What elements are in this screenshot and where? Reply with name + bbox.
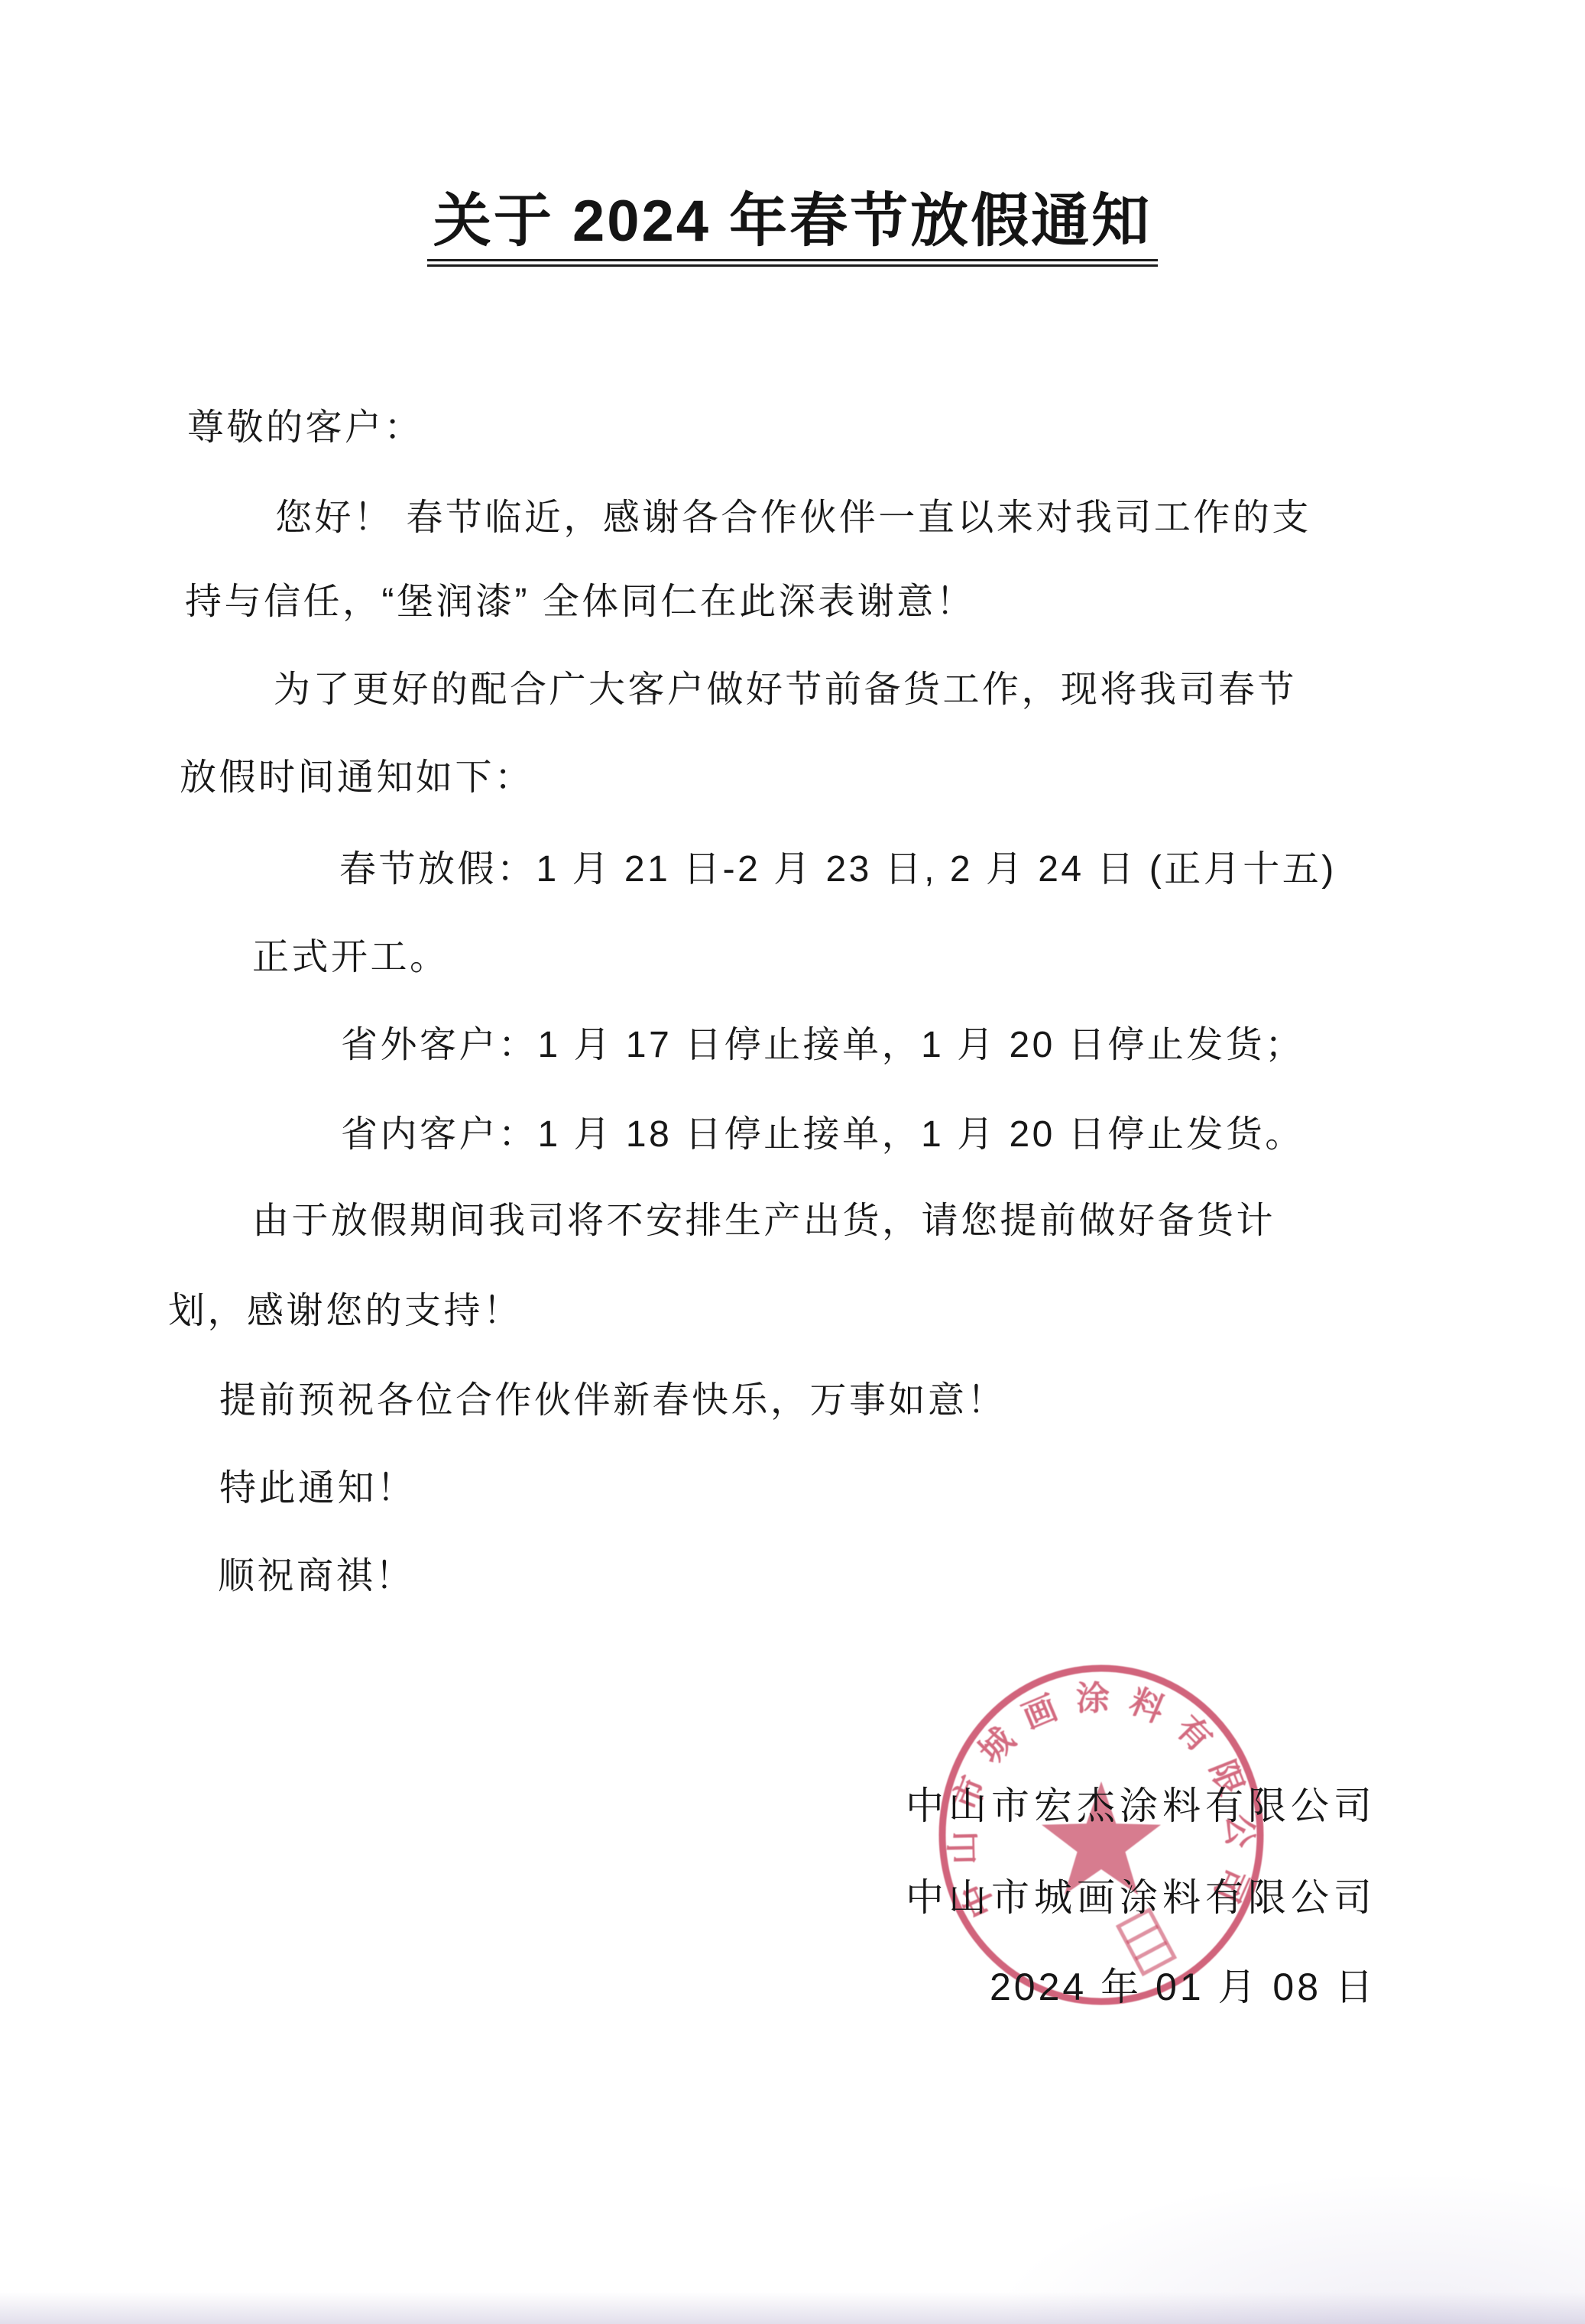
body-line-stock-advice-1: 由于放假期间我司将不安排生产出货，请您提前做好备货计 — [252, 1200, 1275, 1242]
body-line-salutation: 尊敬的客户： — [187, 407, 423, 449]
signature-company-2: 中山市城画涂料有限公司 — [906, 1876, 1376, 1920]
body-line-outside-province: 省外客户：1 月 17 日停止接单，1 月 20 日停止发货； — [341, 1024, 1305, 1066]
signature-company-1: 中山市宏杰涂料有限公司 — [906, 1784, 1376, 1829]
body-line-work-resume: 正式开工。 — [252, 936, 449, 978]
signature-date: 2024 年 01 月 08 日 — [990, 1966, 1376, 2010]
company-seal: 中山市城画涂料有限公司 — [929, 1655, 1274, 2015]
body-line-stock-advice-2: 划，感谢您的支持！ — [168, 1290, 523, 1332]
body-line-inside-province: 省内客户：1 月 18 日停止接单，1 月 20 日停止发货。 — [341, 1113, 1305, 1156]
title-row: 关于 2024 年春节放假通知 — [0, 191, 1585, 267]
body-line-greeting: 您好！ 春节临近，感谢各合作伙伴一直以来对我司工作的支 — [275, 497, 1311, 539]
body-line-holiday-dates: 春节放假：1 月 21 日-2 月 23 日, 2 月 24 日 (正月十五) — [339, 848, 1337, 890]
body-line-schedule-intro: 放假时间通知如下： — [180, 757, 534, 799]
body-line-regards: 顺祝商祺！ — [218, 1555, 415, 1597]
scan-noise-bottom — [0, 2292, 1585, 2324]
body-line-purpose: 为了更好的配合广大客户做好节前备货工作，现将我司春节 — [274, 669, 1297, 711]
notice-title: 关于 2024 年春节放假通知 — [427, 191, 1158, 267]
body-line-wishes: 提前预祝各位合作伙伴新春快乐，万事如意！ — [219, 1379, 1006, 1421]
notice-document: 关于 2024 年春节放假通知 尊敬的客户： 您好！ 春节临近，感谢各合作伙伴一… — [0, 0, 1585, 2324]
body-line-hereby: 特此通知！ — [219, 1467, 417, 1509]
body-line-thanks: 持与信任，“堡润漆” 全体同仁在此深表谢意！ — [185, 581, 975, 623]
